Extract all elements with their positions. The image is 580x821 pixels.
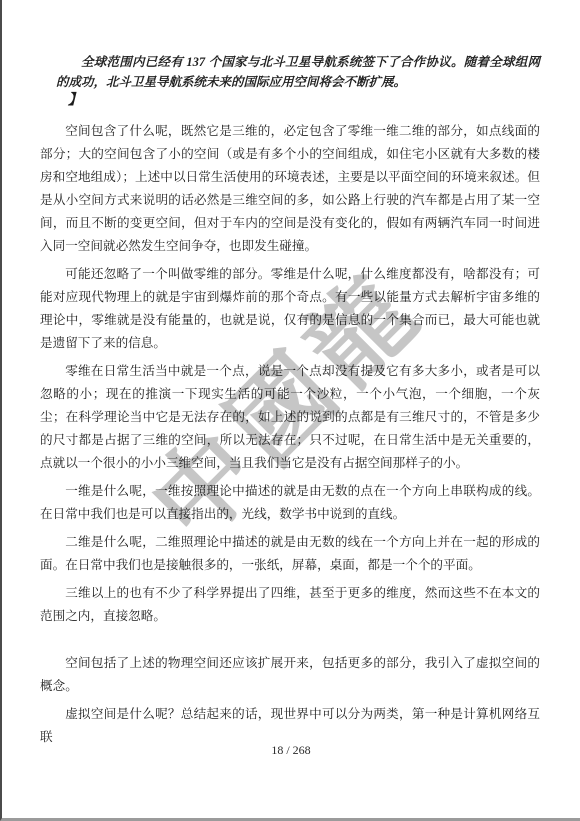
paragraph: 空间包含了什么呢，既然它是三维的，必定包含了零维一维二维的部分，如点线面的部分；… — [40, 120, 540, 258]
paragraph: 零维在日常生活当中就是一个点，说是一个点却没有提及它有多大多小，或者是可以忽略的… — [40, 360, 540, 475]
intro-quote: 全球范围内已经有 137 个国家与北斗卫星导航系统签下了合作协议。随着全球组网的… — [56, 46, 540, 92]
paragraph: 三维以上的也有不少了科学界提出了四维，甚至于更多的维度，然而这些不在本文的范围之… — [40, 582, 540, 628]
quote-closing-bracket: 】 — [68, 92, 540, 110]
paragraph: 可能还忽略了一个叫做零维的部分。零维是什么呢，什么维度都没有，啥都没有；可能对应… — [40, 263, 540, 355]
paragraph: 一维是什么呢，一维按照理论中描述的就是由无数的点在一个方向上串联构成的线。在日常… — [40, 480, 540, 526]
paragraph — [40, 633, 540, 647]
page-number: 18 / 268 — [2, 742, 580, 758]
paragraph: 二维是什么呢，二维照理论中描述的就是由无数的线在一个方向上并在一起的形成的面。在… — [40, 531, 540, 577]
paragraphs: 空间包含了什么呢，既然它是三维的，必定包含了零维一维二维的部分，如点线面的部分；… — [40, 120, 540, 749]
paragraph: 空间包括了上述的物理空间还应该扩展开来，包括更多的部分，我引入了虚拟空间的概念。 — [40, 652, 540, 698]
page-content: 全球范围内已经有 137 个国家与北斗卫星导航系统签下了合作协议。随着全球组网的… — [40, 46, 540, 754]
document-page: 中國龍 全球范围内已经有 137 个国家与北斗卫星导航系统签下了合作协议。随着全… — [0, 0, 580, 821]
